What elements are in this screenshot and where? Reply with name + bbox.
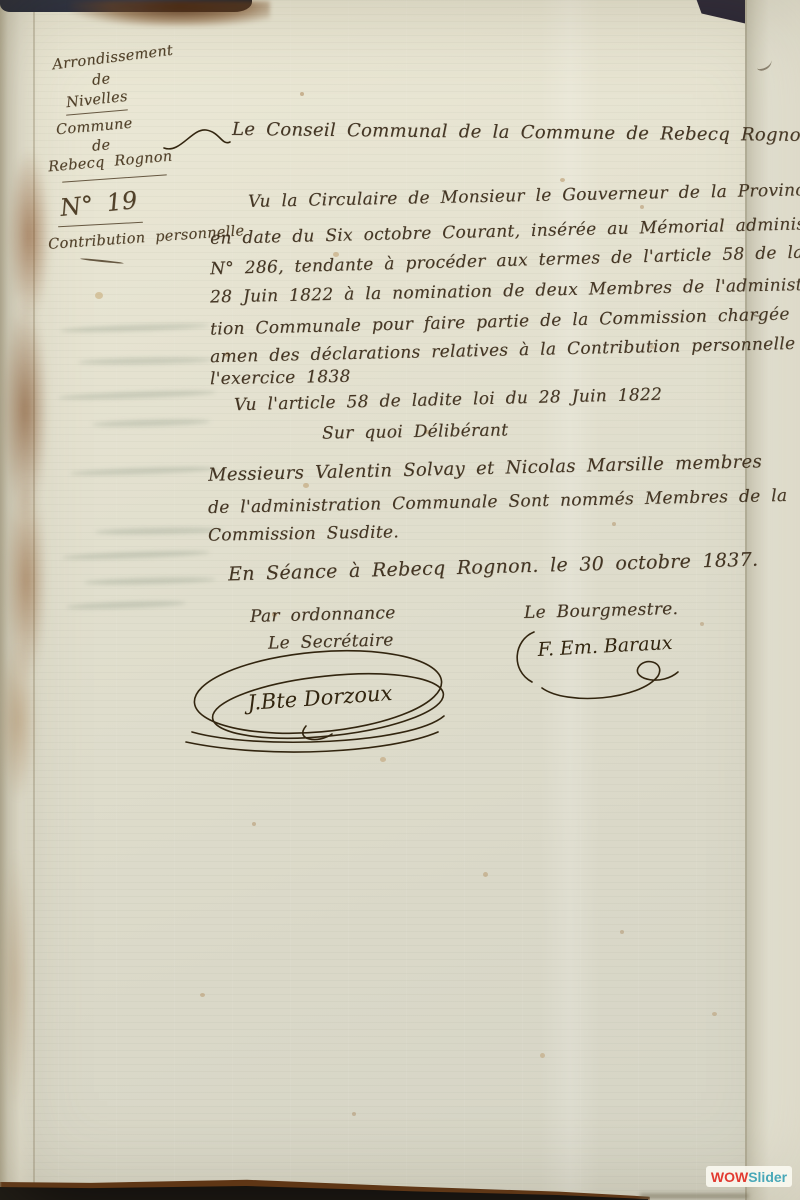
margin-note-de2: de (91, 137, 111, 155)
margin-flourish (80, 258, 124, 265)
foxing-spot (252, 822, 256, 826)
foxing-spot (95, 292, 103, 299)
foxing-spot (712, 1012, 717, 1016)
margin-note-commune: Commune (55, 116, 133, 139)
margin-underline (58, 222, 143, 228)
margin-underline (62, 174, 167, 183)
foxing-spot (700, 622, 704, 626)
margin-note-de: de (91, 71, 111, 89)
ink-showthrough (66, 600, 186, 610)
ink-showthrough (95, 527, 223, 535)
document-photo: Arrondissement de Nivelles Commune de Re… (0, 0, 800, 1200)
manuscript-line: l'exercice 1838 (210, 367, 351, 389)
burgomaster-signature: F. Em. Baraux (512, 626, 682, 706)
manuscript-line: Messieurs Valentin Solvay et Nicolas Mar… (208, 451, 762, 486)
ink-showthrough (92, 418, 210, 427)
foxing-spot (380, 757, 386, 762)
foxing-spot (300, 92, 304, 96)
deliberation-line: Sur quoi Délibérant (322, 420, 509, 443)
burn-stain (8, 150, 50, 320)
page-fold-highlight (540, 0, 600, 1200)
page-bottom-shadow (640, 1194, 748, 1198)
secretary-signature-flourish: J.Bte Dorzoux (186, 648, 451, 753)
foxing-spot (303, 483, 309, 488)
manuscript-line: 28 Juin 1822 à la nomination de deux Mem… (210, 275, 800, 308)
margin-note-number: N° 19 (59, 186, 139, 222)
manuscript-line: tion Communale pour faire partie de la C… (210, 302, 800, 339)
burgomaster-signature-name: F. Em. Baraux (536, 632, 673, 661)
foxing-spot (200, 993, 205, 997)
article-line: Vu l'article 58 de ladite loi du 28 Juin… (234, 385, 663, 415)
signature-left-line1: Par ordonnance (250, 603, 396, 627)
burn-mark-top (70, 1, 270, 27)
document-title: Le Conseil Communal de la Commune de Reb… (232, 119, 800, 146)
manuscript-line: en date du Six octobre Courant, insérée … (210, 213, 800, 249)
ink-showthrough (78, 357, 213, 365)
foxing-spot (620, 930, 624, 934)
manuscript-line: amen des déclarations relatives à la Con… (210, 333, 800, 367)
watermark-slider-text: Slider (748, 1169, 787, 1185)
burn-stain (0, 850, 30, 1110)
foxing-spot (483, 872, 488, 877)
margin-note-arrondissement: Arrondissement (51, 43, 174, 74)
foxing-spot (560, 178, 565, 182)
manuscript-line: Commission Susdite. (208, 522, 399, 545)
photo-vignette (0, 0, 800, 1200)
margin-underline (66, 109, 128, 116)
manuscript-line: de l'administration Communale Sont nommé… (208, 486, 788, 518)
dateline: En Séance à Rebecq Rognon. le 30 octobre… (228, 549, 759, 586)
ink-showthrough (62, 549, 210, 560)
paper-texture (0, 0, 800, 1200)
burn-stain (0, 640, 36, 800)
ink-showthrough (60, 322, 210, 333)
margin-note-nivelles: Nivelles (65, 89, 128, 111)
foxing-spot (612, 522, 616, 526)
manuscript-line: Vu la Circulaire de Monsieur le Gouverne… (248, 180, 800, 212)
watermark-wow-text: WOW (711, 1169, 748, 1185)
signature-right-line1: Le Bourgmestre. (524, 599, 679, 623)
ink-showthrough (58, 389, 216, 401)
foxing-spot (640, 205, 644, 209)
foxing-spot (352, 1112, 356, 1116)
title-flourish (162, 118, 232, 158)
ink-showthrough (84, 576, 216, 585)
foxing-spot (540, 1053, 545, 1058)
wowslider-watermark[interactable]: WOWSlider (706, 1166, 792, 1187)
ink-showthrough (70, 465, 218, 476)
